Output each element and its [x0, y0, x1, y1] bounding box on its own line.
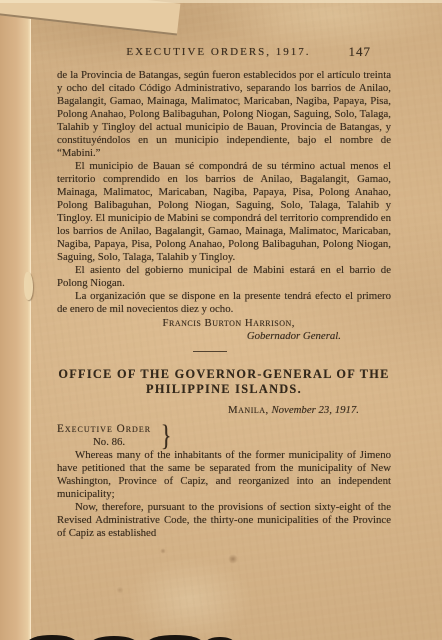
office-heading-line1: OFFICE OF THE GOVERNOR-GENERAL OF THE: [57, 367, 391, 382]
brace-glyph: }: [161, 423, 172, 449]
running-header-title: EXECUTIVE ORDERS, 1917.: [126, 46, 310, 59]
running-header: EXECUTIVE ORDERS, 1917. 147: [57, 46, 391, 60]
order-caption-number: No. 86.: [57, 436, 151, 449]
order-caption-title: Executive Order: [57, 423, 151, 436]
paragraph-now-therefore: Now, therefore, pursuant to the provisio…: [57, 501, 391, 540]
paragraph-continuation: de la Provincia de Batangas, según fuero…: [57, 69, 391, 160]
paragraph-organizacion: La organización que se dispone en la pre…: [57, 290, 391, 316]
office-heading-line2: PHILIPPINE ISLANDS.: [57, 382, 391, 397]
signature-name: Francis Burton Harrison,: [57, 317, 391, 330]
paper-flaw: [24, 272, 33, 300]
bottom-edge-shadow: [92, 636, 136, 640]
top-edge-highlight: [0, 0, 442, 3]
dateline-place: Manila,: [228, 404, 269, 416]
bottom-edge-shadow: [148, 635, 202, 640]
dateline: Manila, November 23, 1917.: [57, 404, 391, 417]
bottom-edge-shadow: [28, 635, 76, 640]
signature-title: Gobernador General.: [57, 330, 391, 343]
page-gutter-edge: [0, 0, 31, 640]
scanned-book-page: { "colors": { "paper": "#d9b78b", "ink":…: [0, 0, 442, 640]
office-heading: OFFICE OF THE GOVERNOR-GENERAL OF THE PH…: [57, 367, 391, 397]
order-caption: Executive Order No. 86. }: [57, 423, 173, 449]
order-caption-lines: Executive Order No. 86.: [57, 423, 151, 449]
paragraph-asiento: El asiento del gobierno municipal de Mab…: [57, 264, 391, 290]
page-content: EXECUTIVE ORDERS, 1917. 147 de la Provin…: [57, 46, 391, 540]
paragraph-whereas: Whereas many of the inhabitants of the f…: [57, 449, 391, 501]
page-number: 147: [349, 45, 372, 58]
section-divider: [193, 351, 227, 352]
paragraph-municipio-bauan: El municipio de Bauan sé compondrá de su…: [57, 160, 391, 264]
dateline-date: November 23, 1917.: [271, 404, 359, 416]
